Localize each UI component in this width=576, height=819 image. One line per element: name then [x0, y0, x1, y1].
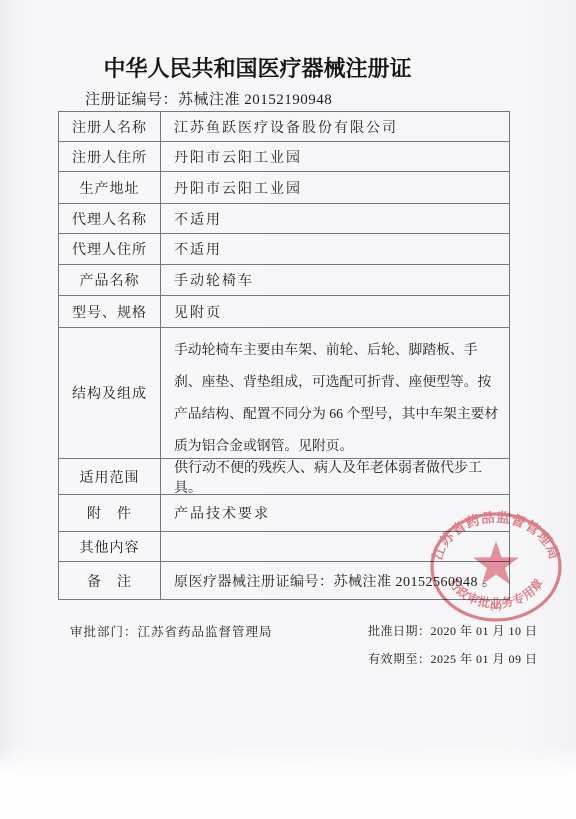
- row-value: 丹阳市云阳工业园: [161, 142, 509, 171]
- stamp-number-text: (2): [490, 601, 502, 612]
- official-seal-stamp: 江苏省药品监督管理局 行政审批业务专用章 (2): [416, 503, 576, 633]
- table-row-agent-name: 代理人名称 不适用: [59, 204, 509, 234]
- row-label: 型号、规格: [59, 296, 161, 327]
- table-row-structure: 结构及组成 手动轮椅车主要由车架、前轮、后轮、脚踏板、手刹、座垫、背垫组成，可选…: [59, 328, 509, 459]
- row-value: 不适用: [161, 234, 509, 264]
- row-value: 手动轮椅车主要由车架、前轮、后轮、脚踏板、手刹、座垫、背垫组成，可选配可折背、座…: [161, 328, 509, 458]
- valid-until-date: 有效期至：2025 年 01 月 09 日: [368, 650, 538, 667]
- table-row-production-address: 生产地址 丹阳市云阳工业园: [59, 172, 509, 204]
- certificate-page: { "page": { "title": "中华人民共和国医疗器械注册证", "…: [0, 0, 576, 819]
- row-value: 丹阳市云阳工业园: [161, 172, 509, 203]
- row-label: 结构及组成: [59, 328, 161, 458]
- row-label: 附 件: [59, 495, 161, 531]
- row-value: 手动轮椅车: [161, 265, 509, 295]
- row-label: 代理人住所: [59, 234, 161, 264]
- row-label: 注册人住所: [59, 142, 161, 171]
- approval-department: 审批部门：江苏省药品监督管理局: [70, 622, 273, 640]
- table-row-registrant-address: 注册人住所 丹阳市云阳工业园: [59, 142, 509, 172]
- row-label: 其他内容: [59, 532, 161, 561]
- red-star-icon: [473, 541, 519, 584]
- row-label: 生产地址: [59, 172, 161, 203]
- row-label: 代理人名称: [59, 204, 161, 233]
- table-row-agent-address: 代理人住所 不适用: [59, 234, 509, 265]
- table-row-product-name: 产品名称 手动轮椅车: [59, 265, 509, 296]
- row-label: 适用范围: [59, 459, 161, 494]
- table-row-registrant-name: 注册人名称 江苏鱼跃医疗设备股份有限公司: [59, 112, 509, 142]
- row-label: 注册人名称: [59, 112, 161, 141]
- table-row-scope: 适用范围 供行动不便的残疾人、病人及年老体弱者做代步工具。: [59, 459, 509, 495]
- registration-number: 注册证编号：苏械注准 20152190948: [85, 88, 332, 109]
- row-value: 不适用: [161, 204, 509, 233]
- row-label: 产品名称: [59, 265, 161, 295]
- row-value: 见附页: [161, 296, 509, 327]
- row-value: 江苏鱼跃医疗设备股份有限公司: [161, 112, 509, 141]
- table-row-model-spec: 型号、规格 见附页: [59, 296, 509, 328]
- row-label: 备 注: [59, 562, 161, 599]
- row-value: 供行动不便的残疾人、病人及年老体弱者做代步工具。: [161, 459, 509, 494]
- certificate-title: 中华人民共和国医疗器械注册证: [0, 52, 515, 83]
